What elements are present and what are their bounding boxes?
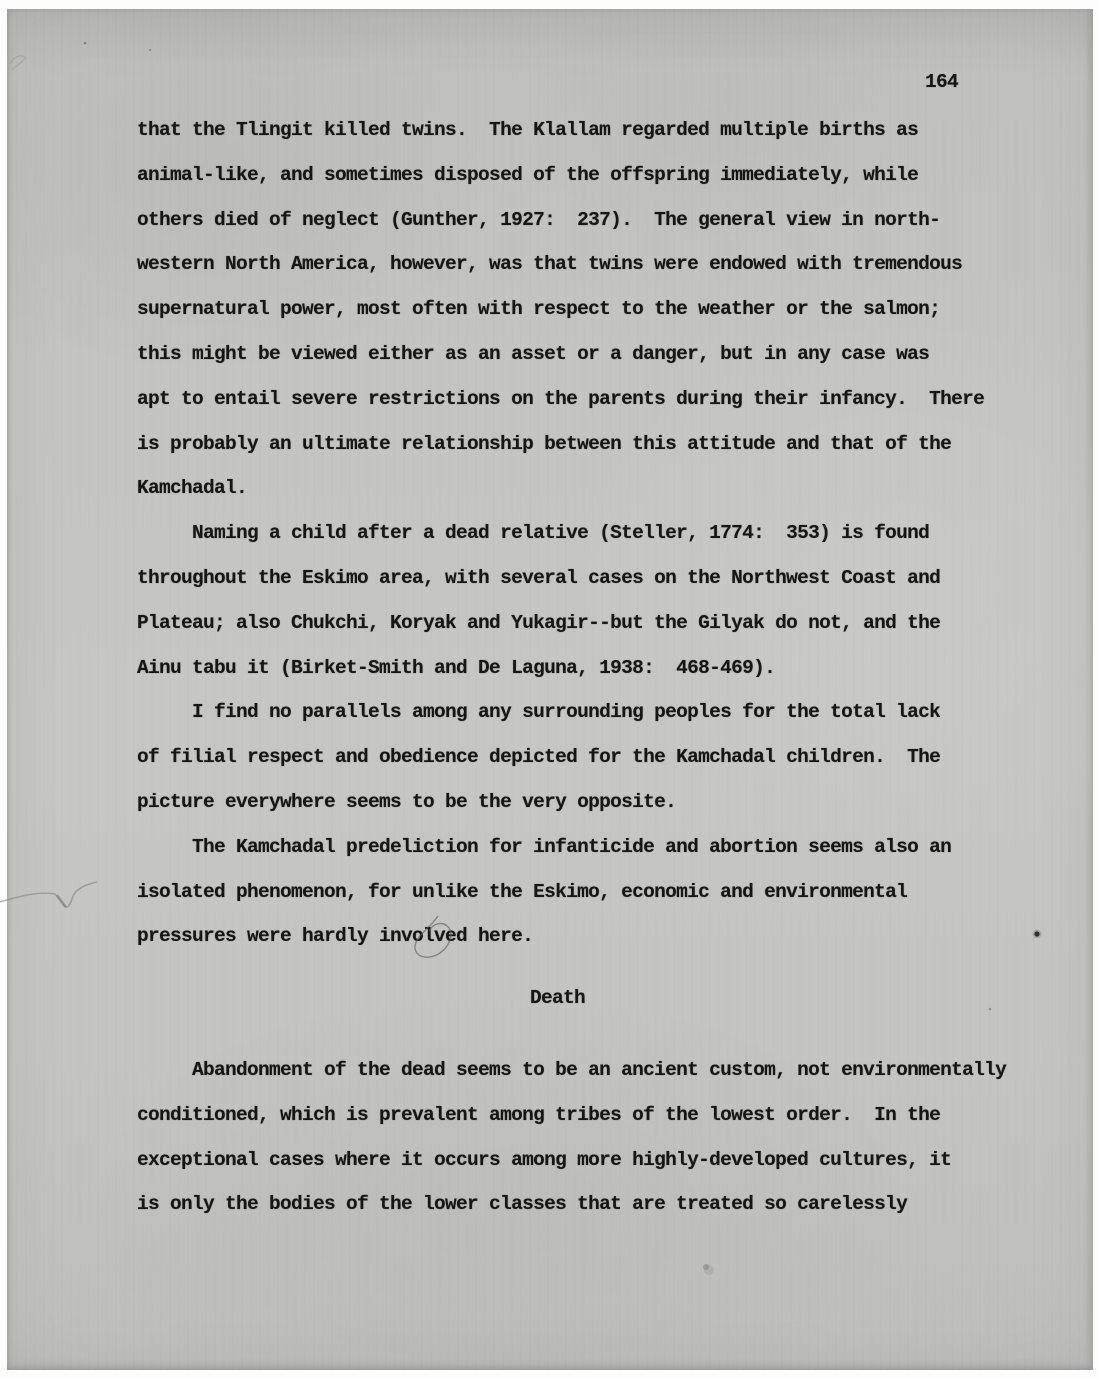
- text-line: supernatural power, most often with resp…: [137, 287, 1037, 332]
- text-line: Plateau; also Chukchi, Koryak and Yukagi…: [137, 601, 1037, 646]
- text-line: conditioned, which is prevalent among tr…: [137, 1093, 1037, 1138]
- text-line: exceptional cases where it occurs among …: [137, 1138, 1037, 1183]
- text-line: this might be viewed either as an asset …: [137, 332, 1037, 377]
- text-line: is probably an ultimate relationship bet…: [137, 422, 1037, 467]
- text-line: animal-like, and sometimes disposed of t…: [137, 153, 1037, 198]
- text-line: that the Tlingit killed twins. The Klall…: [137, 108, 1037, 153]
- text-line: The Kamchadal predeliction for infantici…: [137, 825, 1037, 870]
- text-line: pressures were hardly involved here.: [137, 914, 1037, 959]
- page-number: 164: [925, 73, 958, 93]
- scan-border: 164 that the Tlingit killed twins. The K…: [0, 0, 1098, 1379]
- text-line: I find no parallels among any surroundin…: [137, 690, 1037, 735]
- document-body: that the Tlingit killed twins. The Klall…: [137, 108, 1037, 1227]
- text-line: Ainu tabu it (Birket-Smith and De Laguna…: [137, 646, 1037, 691]
- document-page: 164 that the Tlingit killed twins. The K…: [7, 9, 1093, 1370]
- text-line: western North America, however, was that…: [137, 242, 1037, 287]
- text-line: is only the bodies of the lower classes …: [137, 1182, 1037, 1227]
- text-line: picture everywhere seems to be the very …: [137, 780, 1037, 825]
- section-heading: Death: [137, 976, 1037, 1021]
- text-line: Kamchadal.: [137, 466, 1037, 511]
- text-line: Abandonment of the dead seems to be an a…: [137, 1048, 1037, 1093]
- paragraphs-after-heading: Abandonment of the dead seems to be an a…: [137, 1048, 1037, 1227]
- paragraphs-before-heading: that the Tlingit killed twins. The Klall…: [137, 108, 1037, 959]
- text-line: of filial respect and obedience depicted…: [137, 735, 1037, 780]
- text-line: Naming a child after a dead relative (St…: [137, 511, 1037, 556]
- text-line: apt to entail severe restrictions on the…: [137, 377, 1037, 422]
- text-line: throughout the Eskimo area, with several…: [137, 556, 1037, 601]
- text-line: isolated phenomenon, for unlike the Eski…: [137, 870, 1037, 915]
- text-line: others died of neglect (Gunther, 1927: 2…: [137, 198, 1037, 243]
